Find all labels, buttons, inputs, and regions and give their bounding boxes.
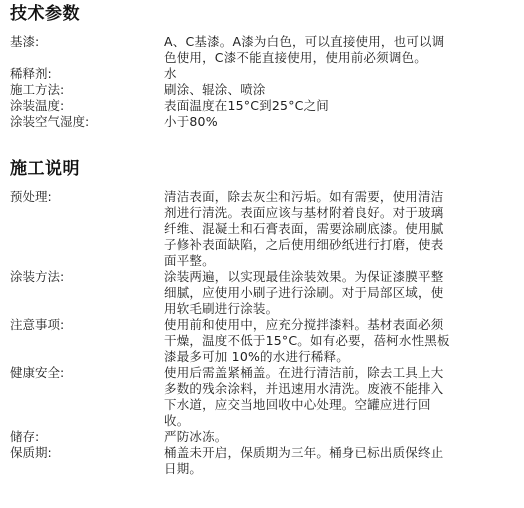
instruction-value: 清洁表面，除去灰尘和污垢。如有需要，使用清洁剂进行清洗。表面应该与基材附着良好。…: [164, 189, 456, 269]
instruction-row-pretreatment: 预处理: 清洁表面，除去灰尘和污垢。如有需要，使用清洁剂进行清洗。表面应该与基材…: [10, 189, 514, 269]
instruction-row-storage: 储存: 严防冰冻。: [10, 429, 514, 445]
param-label: 涂装空气湿度:: [10, 114, 164, 130]
param-label: 涂装温度:: [10, 98, 164, 114]
instruction-label: 健康安全:: [10, 365, 164, 429]
param-row-humidity: 涂装空气湿度: 小于80%: [10, 114, 514, 130]
instruction-row-shelf-life: 保质期: 桶盖未开启，保质期为三年。桶身已标出质保终止日期。: [10, 445, 514, 477]
document-page: 技术参数 基漆: A、C基漆。A漆为白色，可以直接使用，也可以调色使用，C漆不能…: [0, 0, 524, 477]
param-row-thinner: 稀释剂: 水: [10, 66, 514, 82]
instruction-label: 涂装方法:: [10, 269, 164, 317]
instruction-value: 严防冰冻。: [164, 429, 456, 445]
param-row-base-paint: 基漆: A、C基漆。A漆为白色，可以直接使用，也可以调色使用，C漆不能直接使用，…: [10, 34, 514, 66]
instruction-value: 使用前和使用中，应充分搅拌漆料。基材表面必须干燥，温度不低于15°C。如有必要，…: [164, 317, 456, 365]
param-value: A、C基漆。A漆为白色，可以直接使用，也可以调色使用，C漆不能直接使用，使用前必…: [164, 34, 456, 66]
instruction-row-notes: 注意事项: 使用前和使用中，应充分搅拌漆料。基材表面必须干燥，温度不低于15°C…: [10, 317, 514, 365]
param-label: 稀释剂:: [10, 66, 164, 82]
instruction-value: 桶盖未开启，保质期为三年。桶身已标出质保终止日期。: [164, 445, 456, 477]
param-value: 小于80%: [164, 114, 456, 130]
instruction-value: 使用后需盖紧桶盖。在进行清洁前，除去工具上大多数的残余涂料，并迅速用水清洗。废液…: [164, 365, 456, 429]
tech-params-list: 基漆: A、C基漆。A漆为白色，可以直接使用，也可以调色使用，C漆不能直接使用，…: [10, 34, 514, 130]
instruction-label: 保质期:: [10, 445, 164, 477]
instruction-row-health-safety: 健康安全: 使用后需盖紧桶盖。在进行清洁前，除去工具上大多数的残余涂料，并迅速用…: [10, 365, 514, 429]
param-value: 水: [164, 66, 456, 82]
param-label: 基漆:: [10, 34, 164, 66]
instruction-label: 注意事项:: [10, 317, 164, 365]
instruction-value: 涂装两遍，以实现最佳涂装效果。为保证漆膜平整细腻，应使用小刷子进行涂刷。对于局部…: [164, 269, 456, 317]
section-title-construction: 施工说明: [10, 158, 514, 183]
instruction-row-painting-method: 涂装方法: 涂装两遍，以实现最佳涂装效果。为保证漆膜平整细腻，应使用小刷子进行涂…: [10, 269, 514, 317]
instruction-label: 储存:: [10, 429, 164, 445]
section-title-tech-params: 技术参数: [10, 0, 514, 28]
param-value: 刷涂、辊涂、喷涂: [164, 82, 456, 98]
param-row-temperature: 涂装温度: 表面温度在15°C到25°C之间: [10, 98, 514, 114]
param-value: 表面温度在15°C到25°C之间: [164, 98, 456, 114]
param-label: 施工方法:: [10, 82, 164, 98]
construction-list: 预处理: 清洁表面，除去灰尘和污垢。如有需要，使用清洁剂进行清洗。表面应该与基材…: [10, 189, 514, 477]
instruction-label: 预处理:: [10, 189, 164, 269]
param-row-application-method: 施工方法: 刷涂、辊涂、喷涂: [10, 82, 514, 98]
